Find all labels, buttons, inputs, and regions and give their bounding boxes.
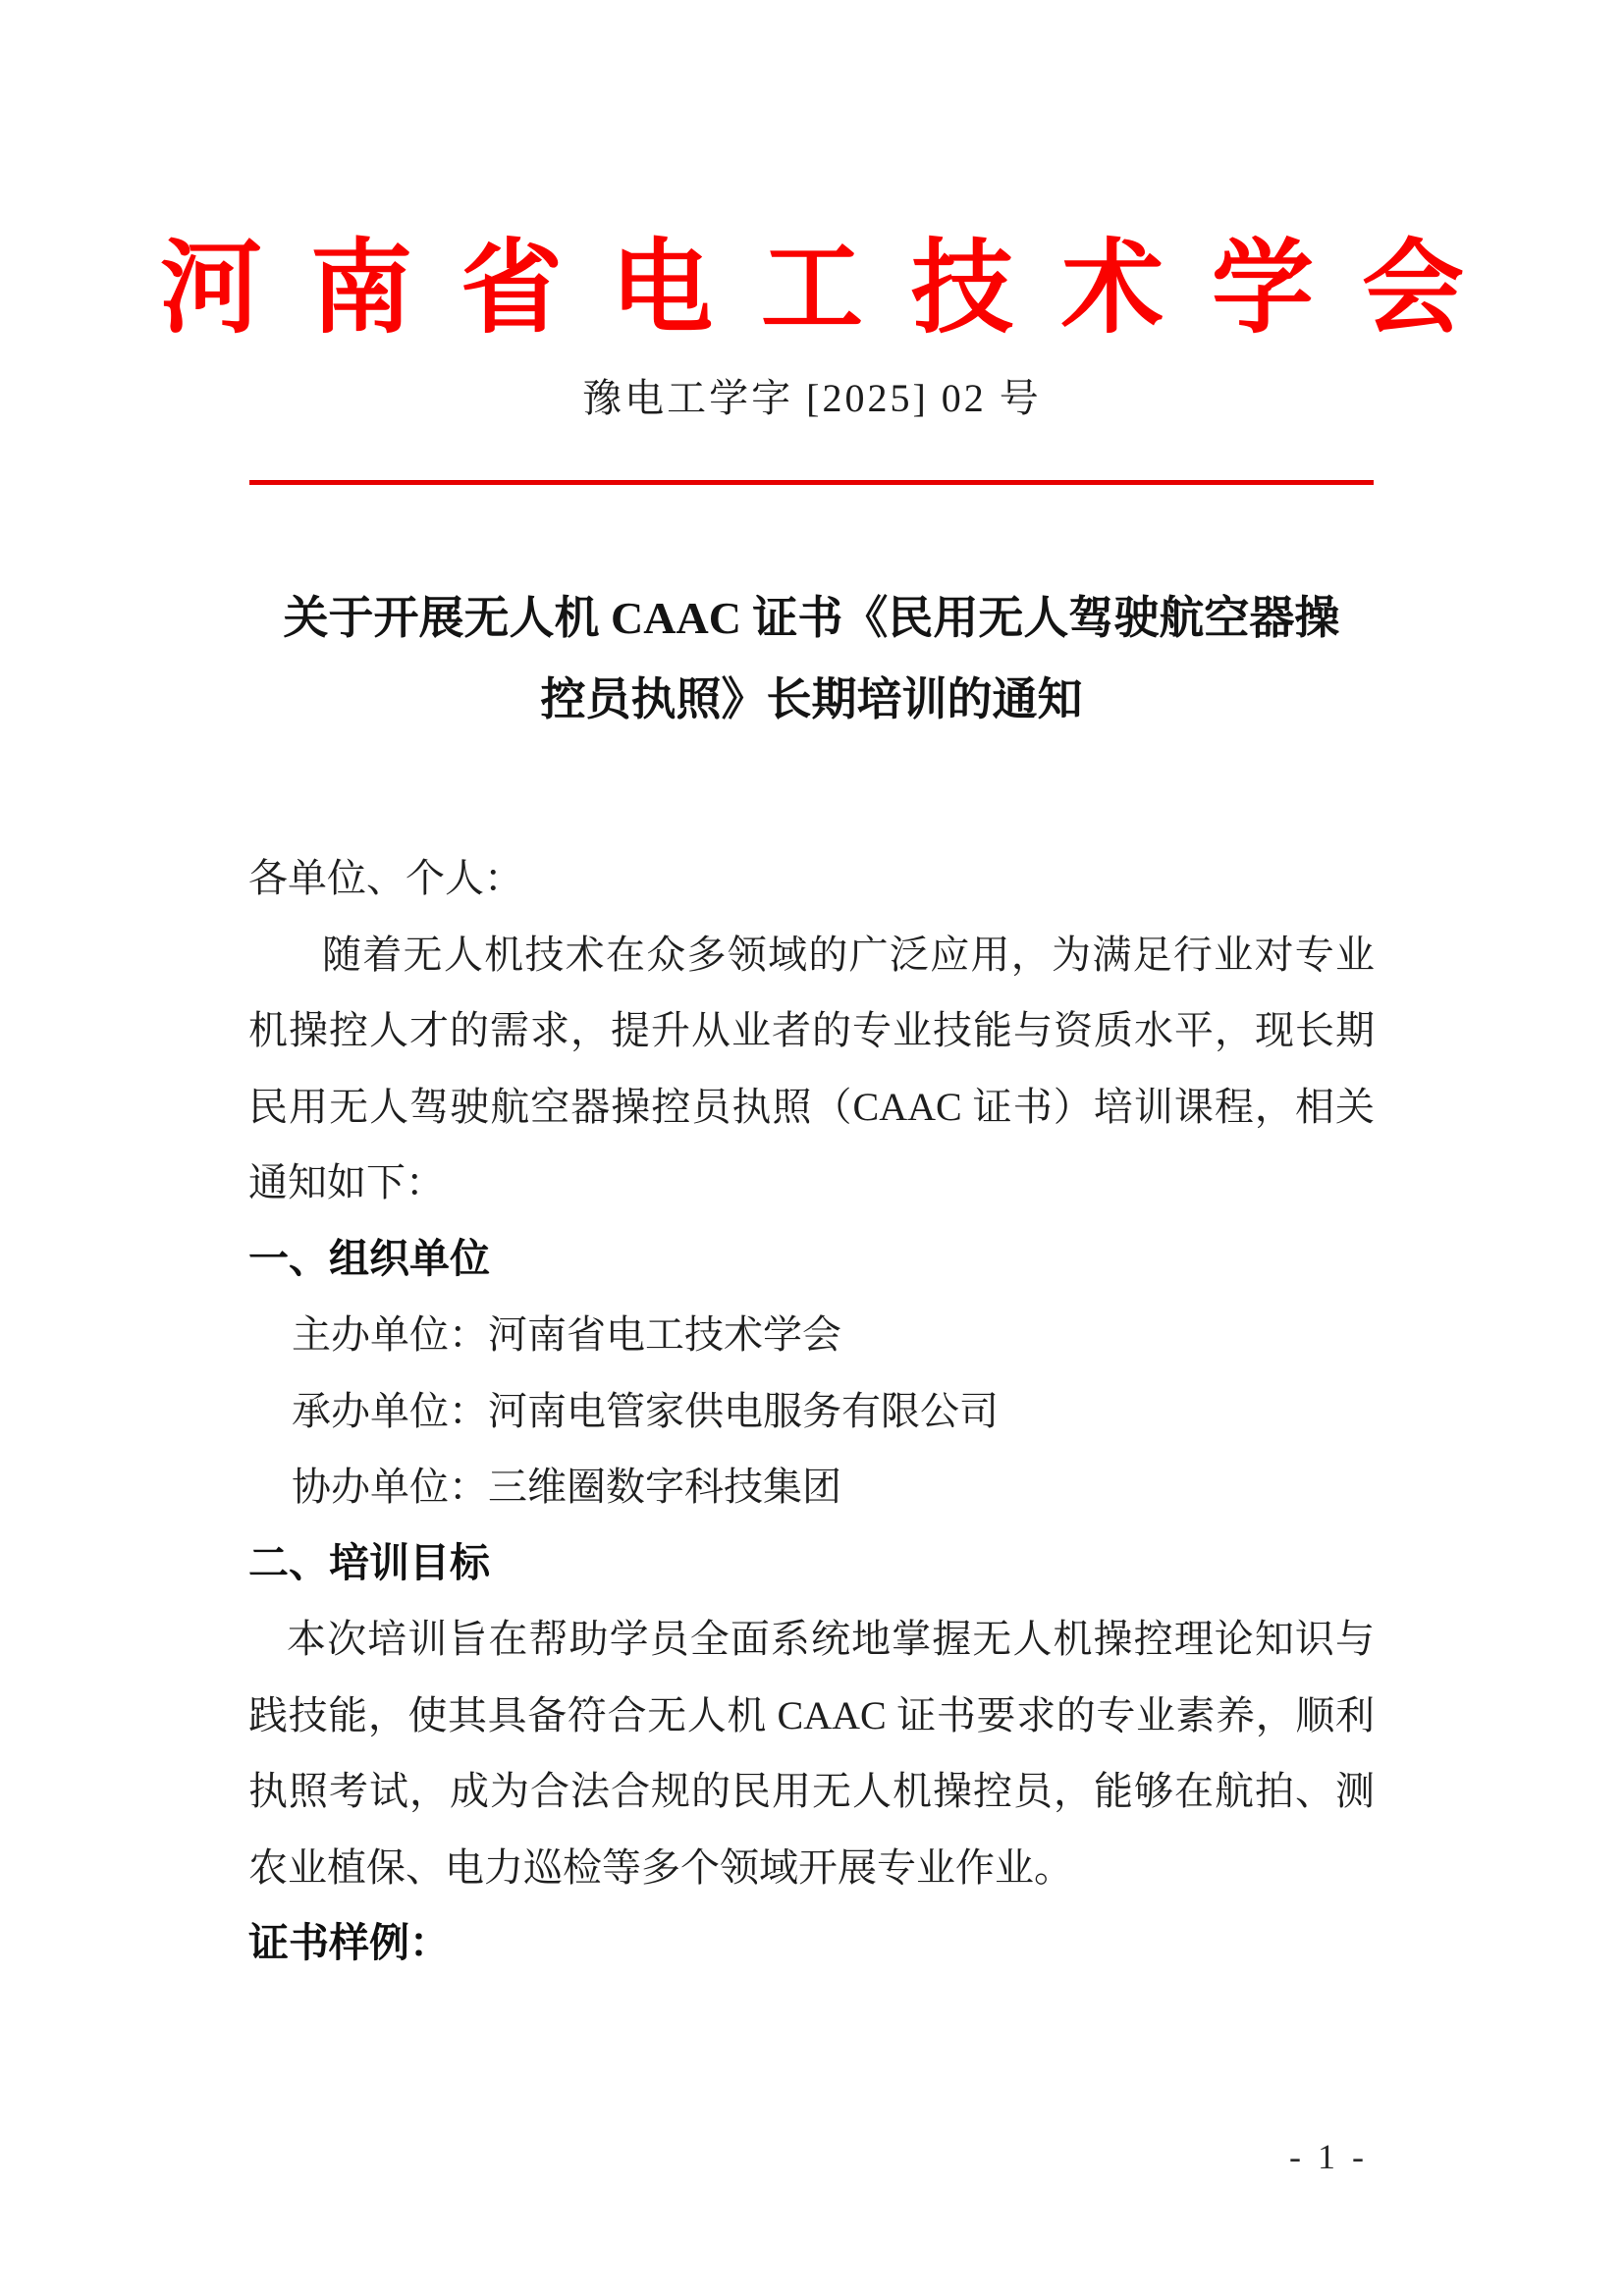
body-line-6: 一、组织单位: [248, 1221, 1375, 1298]
body-line-5: 通知如下：: [248, 1145, 1375, 1221]
red-divider-line: [249, 480, 1374, 485]
page-number: - 1 -: [1230, 2132, 1427, 2181]
body-line-7: 主办单位：河南省电工技术学会: [248, 1297, 1375, 1373]
document-page: 河南省电工技术学会 豫电工学字 [2025] 02 号 关于开展无人机 CAAC…: [0, 0, 1624, 2296]
document-title: 关于开展无人机 CAAC 证书《民用无人驾驶航空器操 控员执照》长期培训的通知: [248, 577, 1375, 740]
body-line-10: 二、培训目标: [248, 1525, 1375, 1602]
body-line-14: 农业植保、电力巡检等多个领域开展专业作业。: [248, 1830, 1375, 1906]
body-line-9: 协办单位：三维圈数字科技集团: [248, 1449, 1375, 1525]
body-line-3: 机操控人才的需求，提升从业者的专业技能与资质水平，现长期开展: [248, 992, 1375, 1069]
body-line-1: 各单位、个人：: [248, 840, 1375, 917]
document-title-line-2: 控员执照》长期培训的通知: [248, 659, 1375, 740]
body-line-4: 民用无人驾驶航空器操控员执照（CAAC 证书）培训课程，相关事宜: [248, 1069, 1375, 1146]
body-line-2: 随着无人机技术在众多领域的广泛应用，为满足行业对专业无人: [248, 917, 1375, 993]
body-line-11: 本次培训旨在帮助学员全面系统地掌握无人机操控理论知识与实: [248, 1601, 1375, 1678]
document-body: 各单位、个人：随着无人机技术在众多领域的广泛应用，为满足行业对专业无人机操控人才…: [248, 840, 1375, 1982]
org-header-title: 河南省电工技术学会: [0, 232, 1624, 347]
body-line-12: 践技能，使其具备符合无人机 CAAC 证书要求的专业素养，顺利通过: [248, 1678, 1375, 1754]
doc-number: 豫电工学字 [2025] 02 号: [0, 371, 1624, 426]
body-line-8: 承办单位：河南电管家供电服务有限公司: [248, 1373, 1375, 1450]
body-line-15: 证书样例：: [248, 1905, 1375, 1982]
document-title-line-1: 关于开展无人机 CAAC 证书《民用无人驾驶航空器操: [248, 577, 1375, 659]
body-line-13: 执照考试，成为合法合规的民用无人机操控员，能够在航拍、测绘、: [248, 1753, 1375, 1830]
